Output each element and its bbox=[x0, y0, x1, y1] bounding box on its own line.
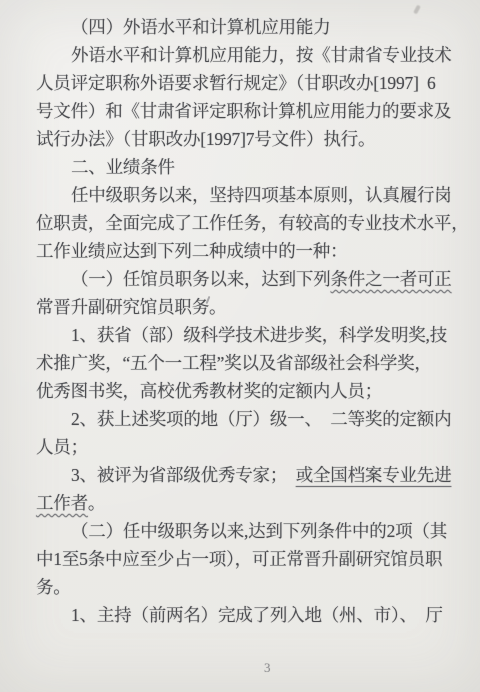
text-segment: 中1至5条中应至少占一项），可正常晋升副研究馆员职 bbox=[36, 549, 442, 569]
text-line: 中1至5条中应至少占一项），可正常晋升副研究馆员职 bbox=[36, 545, 474, 573]
text-line: （四）外语水平和计算机应用能力 bbox=[36, 13, 474, 41]
text-segment: 位职责，全面完成了工作任务，有较高的专业技术水平， bbox=[36, 213, 469, 233]
text-segment: 2、获上述奖项的地（厅）级一、 二等奖的定额内 bbox=[71, 409, 451, 429]
underlined-text: 或全国档案专业先进 bbox=[296, 465, 452, 485]
text-line: 人员评定职称外语要求暂行规定》（甘职改办[1997] 6 bbox=[36, 69, 474, 97]
text-segment: 人员评定职称外语要求暂行规定》（甘职改办[1997] 6 bbox=[36, 73, 436, 93]
underlined-text: 条件之一者可正 bbox=[331, 269, 452, 289]
text-line: 1、主持（前两名）完成了列入地（州、市）、 厅 bbox=[36, 601, 474, 629]
text-segment: 人员； bbox=[36, 437, 88, 457]
text-segment: 号文件）和《甘肃省评定职称计算机应用能力的要求及 bbox=[36, 101, 451, 121]
text-segment: （四）外语水平和计算机应用能力 bbox=[71, 17, 331, 37]
text-line: 工作者。 bbox=[36, 489, 474, 517]
text-segment: 优秀图书奖，高校优秀教材奖的定额内人员； bbox=[36, 381, 382, 401]
text-segment: 1、获省（部）级科学技术进步奖，科学发明奖,技 bbox=[71, 325, 447, 345]
text-segment: （一）任馆员职务以来，达到下列 bbox=[71, 269, 331, 289]
text-line: （一）任馆员职务以来，达到下列条件之一者可正 bbox=[36, 265, 474, 293]
text-line: 外语水平和计算机应用能力，按《甘肃省专业技术 bbox=[36, 41, 474, 69]
text-segment: 外语水平和计算机应用能力，按《甘肃省专业技术 bbox=[71, 45, 452, 65]
text-line: （二）任中级职务以来,达到下列条件中的2项（其 bbox=[36, 517, 474, 545]
document-body: （四）外语水平和计算机应用能力外语水平和计算机应用能力，按《甘肃省专业技术人员评… bbox=[36, 13, 474, 629]
text-segment: 术推广奖，“五个一工程”奖以及省部级社会科学奖， bbox=[36, 353, 432, 373]
text-line: 1、获省（部）级科学技术进步奖，科学发明奖,技 bbox=[36, 321, 474, 349]
text-line: 任中级职务以来，坚持四项基本原则，认真履行岗 bbox=[36, 181, 474, 209]
text-line: 术推广奖，“五个一工程”奖以及省部级社会科学奖， bbox=[36, 349, 474, 377]
text-line: 位职责，全面完成了工作任务，有较高的专业技术水平， bbox=[36, 209, 474, 237]
text-segment: 工作业绩应达到下列二种成绩中的一种： bbox=[36, 241, 347, 261]
text-line: 务。 bbox=[36, 573, 474, 601]
text-line: 优秀图书奖，高校优秀教材奖的定额内人员； bbox=[36, 377, 474, 405]
underlined-text: 工作者 bbox=[36, 493, 88, 513]
text-line: 二、业绩条件 bbox=[36, 153, 474, 181]
page-number: 3 bbox=[264, 660, 271, 676]
text-line: 试行办法》（甘职改办[1997]7号文件）执行。 bbox=[36, 125, 474, 153]
text-line: 常晋升副研究馆员职务。 bbox=[36, 293, 474, 321]
text-segment: 二、业绩条件 bbox=[71, 157, 175, 177]
text-segment: 1、主持（前两名）完成了列入地（州、市）、 厅 bbox=[71, 605, 443, 625]
text-segment: 常晋升副研究馆员职务。 bbox=[36, 297, 226, 317]
text-segment: 。 bbox=[88, 493, 105, 513]
scanned-document-page: （四）外语水平和计算机应用能力外语水平和计算机应用能力，按《甘肃省专业技术人员评… bbox=[0, 0, 480, 692]
text-line: 号文件）和《甘肃省评定职称计算机应用能力的要求及 bbox=[36, 97, 474, 125]
text-segment: （二）任中级职务以来,达到下列条件中的2项（其 bbox=[71, 521, 447, 541]
text-line: 2、获上述奖项的地（厅）级一、 二等奖的定额内 bbox=[36, 405, 474, 433]
text-segment: 任中级职务以来，坚持四项基本原则，认真履行岗 bbox=[71, 185, 452, 205]
text-line: 工作业绩应达到下列二种成绩中的一种： bbox=[36, 237, 474, 265]
text-segment: 试行办法》（甘职改办[1997]7号文件）执行。 bbox=[36, 129, 375, 149]
text-segment: 3、被评为省部级优秀专家； bbox=[71, 465, 296, 485]
text-line: 人员； bbox=[36, 433, 474, 461]
text-line: 3、被评为省部级优秀专家； 或全国档案专业先进 bbox=[36, 461, 474, 489]
text-segment: 务。 bbox=[36, 577, 71, 597]
